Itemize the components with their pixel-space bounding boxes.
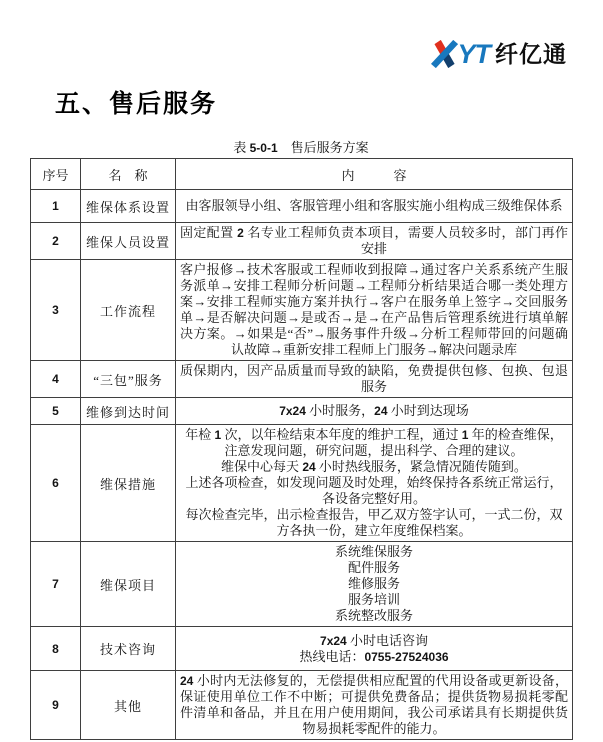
row-content-cell: 质保期内，因产品质量而导致的缺陷，免费提供包修、包换、包退服务 xyxy=(176,361,573,398)
table-row: 6维保措施年检 1 次，以年检结束本年度的维护工程，通过 1 年的检查维保，注意… xyxy=(31,425,573,542)
content-line: 配件服务 xyxy=(180,560,568,576)
table-caption: 表 5-0-1 售后服务方案 xyxy=(30,137,572,156)
logo-chinese-text: 纤亿通 xyxy=(495,41,567,68)
content-line: 7x24 小时电话咨询 xyxy=(180,633,568,649)
row-name-cell: 维保措施 xyxy=(81,425,176,542)
row-number-cell: 5 xyxy=(31,398,81,425)
header-row: 序号 名 称 内 容 xyxy=(31,159,573,190)
row-name-cell: 工作流程 xyxy=(81,260,176,361)
row-name-cell: 维保体系设置 xyxy=(81,190,176,223)
row-name-cell: 维保项目 xyxy=(81,542,176,627)
row-name-cell: “三包”服务 xyxy=(81,361,176,398)
content-line: 每次检查完毕，出示检查报告，甲乙双方签字认可，一式二份，双方各执一份，建立年度维… xyxy=(180,507,568,539)
row-name-cell: 维修到达时间 xyxy=(81,398,176,425)
row-number-cell: 3 xyxy=(31,260,81,361)
row-number-cell: 7 xyxy=(31,542,81,627)
table-row: 2维保人员设置固定配置 2 名专业工程师负责本项目，需要人员较多时，部门再作安排 xyxy=(31,223,573,260)
row-number-cell: 1 xyxy=(31,190,81,223)
content-line: 维修服务 xyxy=(180,576,568,592)
content-line: 年检 1 次，以年检结束本年度的维护工程，通过 1 年的检查维保，注意发现问题，… xyxy=(180,427,568,459)
row-content-cell: 24 小时内无法修复的，无偿提供相应配置的代用设备或更新设备，保证使用单位工作不… xyxy=(176,671,573,740)
brand-logo: YT 纤亿通 xyxy=(430,40,567,68)
row-content-cell: 固定配置 2 名专业工程师负责本项目，需要人员较多时，部门再作安排 xyxy=(176,223,573,260)
row-content-cell: 7x24 小时服务，24 小时到达现场 xyxy=(176,398,573,425)
section-heading: 五、售后服务 xyxy=(55,84,217,120)
table-row: 8技术咨询7x24 小时电话咨询热线电话：0755-27524036 xyxy=(31,627,573,671)
table-row: 3工作流程客户报修→技术客服或工程师收到报障→通过客户关系系统产生服务派单→安排… xyxy=(31,260,573,361)
header-no: 序号 xyxy=(31,159,81,190)
table-row: 5维修到达时间7x24 小时服务，24 小时到达现场 xyxy=(31,398,573,425)
table-body: 1维保体系设置由客服领导小组、客服管理小组和客服实施小组构成三级维保体系2维保人… xyxy=(31,190,573,740)
row-content-cell: 由客服领导小组、客服管理小组和客服实施小组构成三级维保体系 xyxy=(176,190,573,223)
content-line: 7x24 小时服务，24 小时到达现场 xyxy=(180,403,568,419)
document-page: { "logo": { "brand_latin": "YT", "brand_… xyxy=(0,0,603,742)
row-number-cell: 6 xyxy=(31,425,81,542)
row-content-cell: 系统维保服务配件服务维修服务服务培训系统整改服务 xyxy=(176,542,573,627)
content-line: 上述各项检查，如发现问题及时处理，始终保持各系统正常运行，各设备完整好用。 xyxy=(180,475,568,507)
header-name: 名 称 xyxy=(81,159,176,190)
header-content: 内 容 xyxy=(176,159,573,190)
row-content-cell: 7x24 小时电话咨询热线电话：0755-27524036 xyxy=(176,627,573,671)
table-row: 9其他24 小时内无法修复的，无偿提供相应配置的代用设备或更新设备，保证使用单位… xyxy=(31,671,573,740)
logo-latin-text: YT xyxy=(457,41,490,68)
table-row: 4“三包”服务质保期内，因产品质量而导致的缺陷，免费提供包修、包换、包退服务 xyxy=(31,361,573,398)
row-name-cell: 其他 xyxy=(81,671,176,740)
logo-x-icon xyxy=(430,40,458,68)
row-number-cell: 9 xyxy=(31,671,81,740)
content-line: 热线电话：0755-27524036 xyxy=(180,649,568,665)
table-row: 1维保体系设置由客服领导小组、客服管理小组和客服实施小组构成三级维保体系 xyxy=(31,190,573,223)
content-line: 系统整改服务 xyxy=(180,608,568,624)
row-content-cell: 年检 1 次，以年检结束本年度的维护工程，通过 1 年的检查维保，注意发现问题，… xyxy=(176,425,573,542)
row-name-cell: 维保人员设置 xyxy=(81,223,176,260)
after-sales-service-table: 序号 名 称 内 容 1维保体系设置由客服领导小组、客服管理小组和客服实施小组构… xyxy=(30,158,573,740)
content-line: 服务培训 xyxy=(180,592,568,608)
row-number-cell: 2 xyxy=(31,223,81,260)
table-header: 序号 名 称 内 容 xyxy=(31,159,573,190)
row-content-cell: 客户报修→技术客服或工程师收到报障→通过客户关系系统产生服务派单→安排工程师分析… xyxy=(176,260,573,361)
row-number-cell: 8 xyxy=(31,627,81,671)
row-name-cell: 技术咨询 xyxy=(81,627,176,671)
content-line: 系统维保服务 xyxy=(180,544,568,560)
content-line: 质保期内，因产品质量而导致的缺陷，免费提供包修、包换、包退服务 xyxy=(180,363,568,395)
table-row: 7维保项目系统维保服务配件服务维修服务服务培训系统整改服务 xyxy=(31,542,573,627)
content-line: 固定配置 2 名专业工程师负责本项目，需要人员较多时，部门再作安排 xyxy=(180,225,568,257)
content-line: 客户报修→技术客服或工程师收到报障→通过客户关系系统产生服务派单→安排工程师分析… xyxy=(180,262,568,358)
content-line: 由客服领导小组、客服管理小组和客服实施小组构成三级维保体系 xyxy=(180,198,568,214)
content-line: 24 小时内无法修复的，无偿提供相应配置的代用设备或更新设备，保证使用单位工作不… xyxy=(180,673,568,737)
content-line: 维保中心每天 24 小时热线服务，紧急情况随传随到。 xyxy=(180,459,568,475)
row-number-cell: 4 xyxy=(31,361,81,398)
